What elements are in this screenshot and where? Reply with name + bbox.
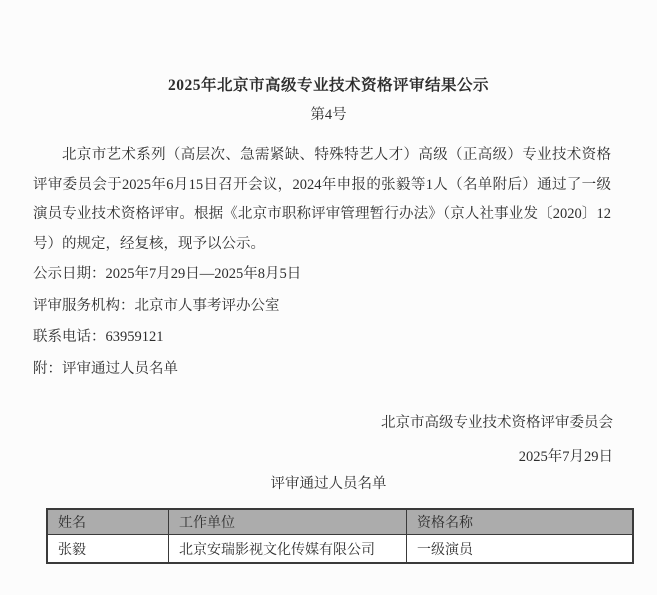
signature-block: 北京市高级专业技术资格评审委员会 2025年7月29日 xyxy=(381,406,613,474)
roster-table: 姓名 工作单位 资格名称 张毅 北京安瑞影视文化传媒有限公司 一级演员 xyxy=(46,508,634,564)
cell-person-name: 张毅 xyxy=(47,535,169,564)
header-cell-work-unit: 工作单位 xyxy=(169,509,407,535)
document-number: 第4号 xyxy=(0,103,657,124)
info-line-attachment-note: 附：评审通过人员名单 xyxy=(33,354,301,386)
document-title: 2025年北京市高级专业技术资格评审结果公示 xyxy=(0,73,657,95)
roster-header-row: 姓名 工作单位 资格名称 xyxy=(47,509,633,535)
info-line-review-agency: 评审服务机构：北京市人事考评办公室 xyxy=(33,291,301,323)
roster-data-row: 张毅 北京安瑞影视文化传媒有限公司 一级演员 xyxy=(47,535,633,564)
info-line-publicity-date: 公示日期：2025年7月29日—2025年8月5日 xyxy=(33,259,301,291)
info-lines: 公示日期：2025年7月29日—2025年8月5日 评审服务机构：北京市人事考评… xyxy=(33,259,301,385)
header-cell-name: 姓名 xyxy=(47,509,169,535)
cell-qualification-name: 一级演员 xyxy=(407,535,634,564)
signature-date: 2025年7月29日 xyxy=(381,440,613,474)
header-cell-qualification: 资格名称 xyxy=(407,509,634,535)
roster-table-title: 评审通过人员名单 xyxy=(0,476,657,492)
announcement-document: 2025年北京市高级专业技术资格评审结果公示 第4号 北京市艺术系列（高层次、急… xyxy=(0,0,657,595)
info-line-contact-phone: 联系电话：63959121 xyxy=(33,322,301,354)
signature-committee: 北京市高级专业技术资格评审委员会 xyxy=(381,406,613,440)
announcement-body-paragraph: 北京市艺术系列（高层次、急需紧缺、特殊特艺人才）高级（正高级）专业技术资格评审委… xyxy=(33,141,611,259)
cell-work-unit: 北京安瑞影视文化传媒有限公司 xyxy=(169,535,407,564)
